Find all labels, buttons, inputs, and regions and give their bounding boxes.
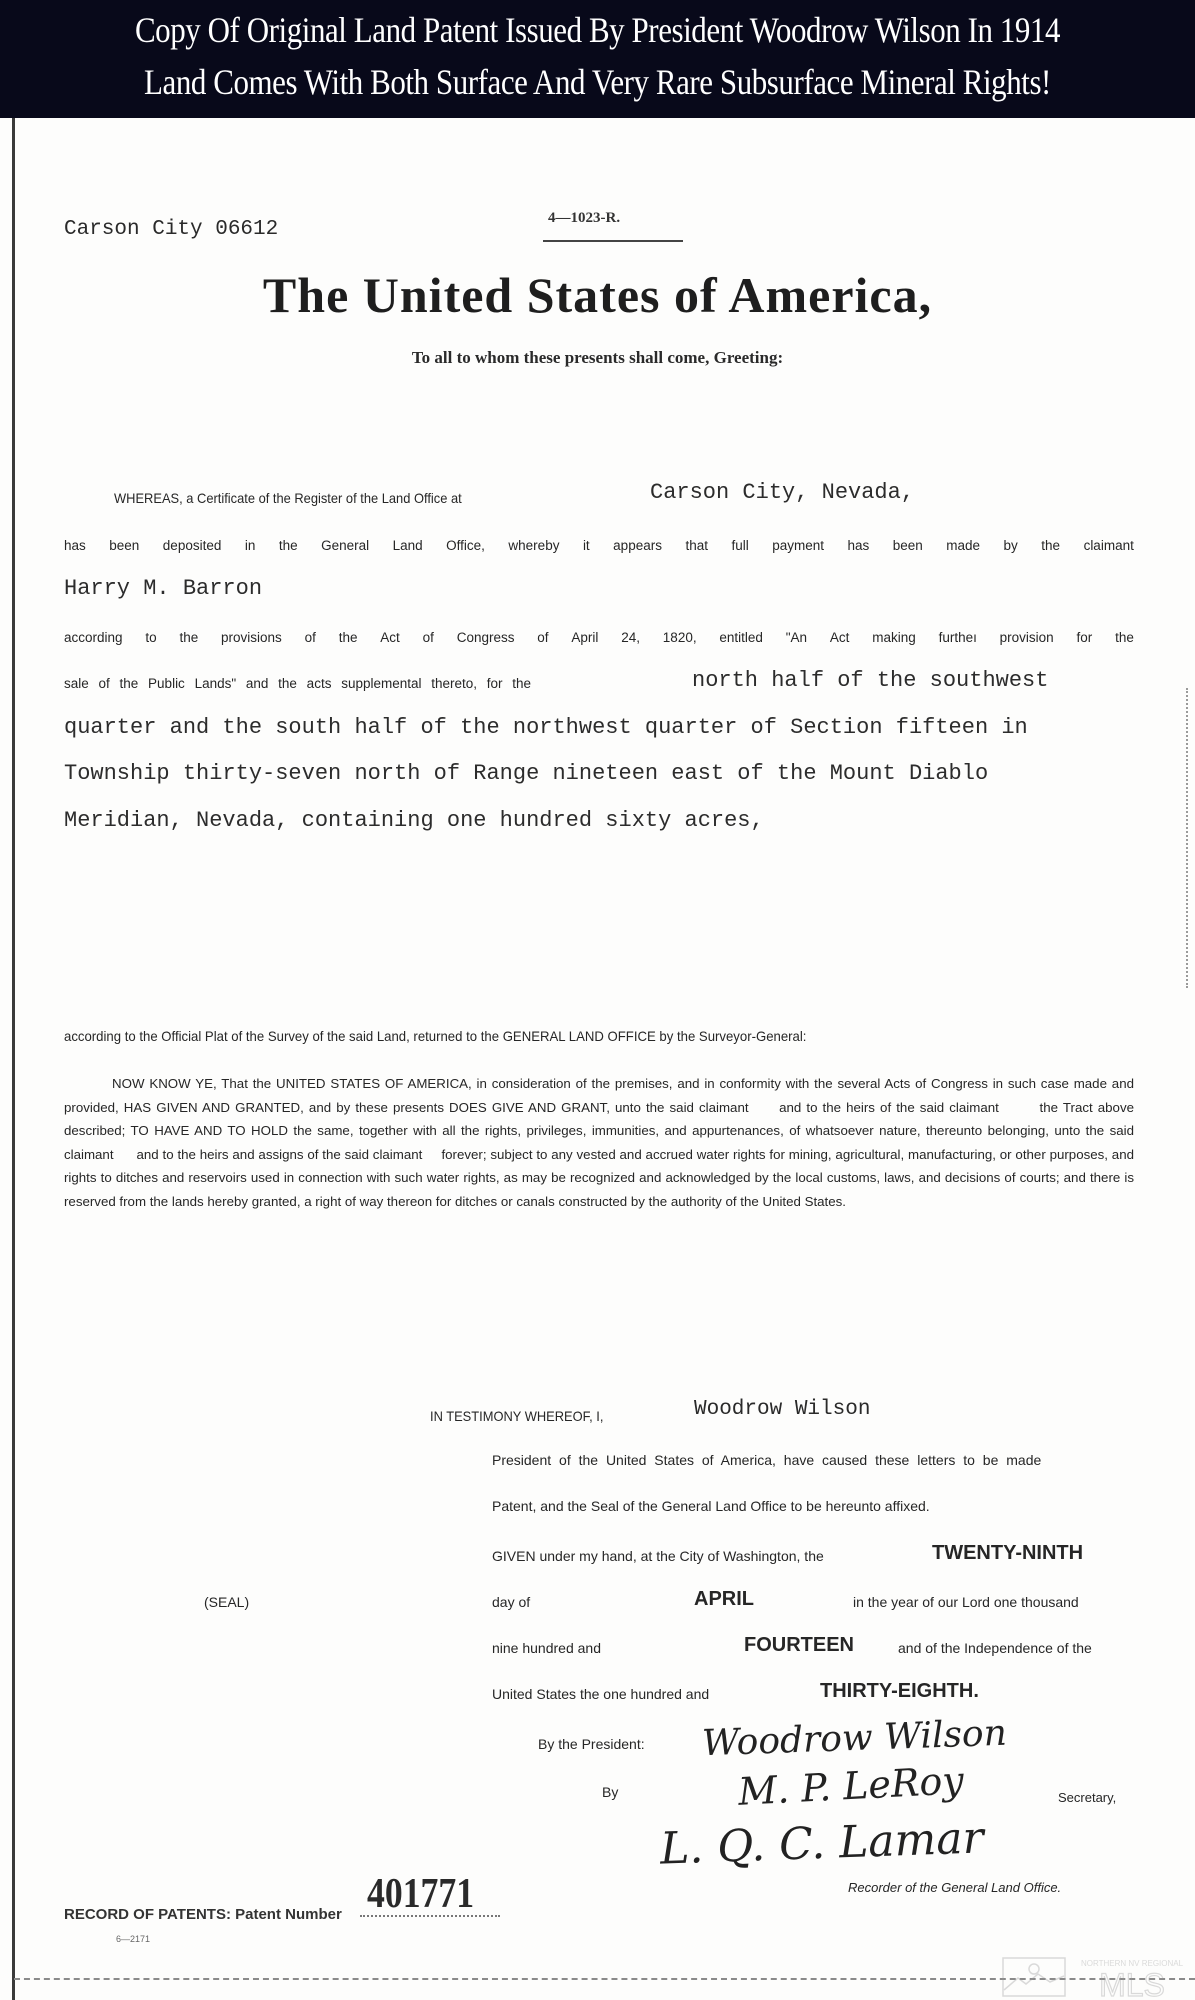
word: Land (393, 538, 423, 553)
recorder-label: Recorder of the General Land Office. (848, 1880, 1061, 1895)
word: 1820, (663, 630, 697, 645)
mountain-logo-icon: NORTHERN NV REGIONAL MLS (1002, 1956, 1194, 1998)
given-year: FOURTEEN (744, 1634, 854, 1657)
grant-paragraph: NOW KNOW YE, That the UNITED STATES OF A… (64, 1072, 1134, 1213)
word: payment (772, 538, 824, 553)
us-lead: United States the one hundred and (492, 1686, 709, 1702)
given-day: TWENTY-NINTH (932, 1542, 1083, 1565)
word: to (145, 630, 156, 645)
tract-line-4: Meridian, Nevada, containing one hundred… (64, 808, 764, 833)
word: entitled (719, 630, 763, 645)
whereas-line-5: sale of the Public Lands" and the acts s… (64, 676, 531, 691)
form-number-rule (543, 240, 683, 242)
word: by (1004, 538, 1018, 553)
independence-lead: and of the Independence of the (898, 1640, 1092, 1656)
year-lead: in the year of our Lord one thousand (853, 1594, 1079, 1610)
word: has (847, 538, 869, 553)
claimant-name: Harry M. Barron (64, 576, 262, 601)
word: according (64, 630, 123, 645)
patent-number-underline (360, 1915, 500, 1917)
word: provisions (221, 630, 282, 645)
word: appears (613, 538, 662, 553)
word: been (893, 538, 923, 553)
word: the (1041, 538, 1060, 553)
word: furtheı (939, 630, 977, 645)
tract-line-2: quarter and the south half of the northw… (64, 715, 1028, 740)
whereas-lead: WHEREAS, a Certificate of the Register o… (114, 490, 462, 506)
word: full (731, 538, 748, 553)
secretary-label: Secretary, (1058, 1790, 1116, 1805)
tract-line-3: Township thirty-seven north of Range nin… (64, 761, 988, 786)
whereas-line-4: accordingtotheprovisionsoftheActofCongre… (64, 630, 1134, 645)
word: "An (786, 630, 807, 645)
page-edge-marks (1186, 688, 1188, 988)
by-president-label: By the President: (538, 1736, 645, 1752)
testimony-line-2: Patent, and the Seal of the General Land… (492, 1498, 930, 1514)
mls-watermark-main: MLS (1099, 1967, 1165, 1998)
word: the (279, 538, 298, 553)
recorder-signature: L. Q. C. Lamar (659, 1812, 984, 1874)
header-banner: Copy Of Original Land Patent Issued By P… (0, 0, 1195, 118)
word: the (179, 630, 198, 645)
mls-watermark: NORTHERN NV REGIONAL MLS (1002, 1956, 1194, 1998)
document-title: The United States of America, (0, 266, 1195, 324)
word: been (109, 538, 139, 553)
word: that (685, 538, 708, 553)
given-lead: GIVEN under my hand, at the City of Wash… (492, 1548, 824, 1564)
nine-hundred-label: nine hundred and (492, 1640, 601, 1656)
word: in (245, 538, 256, 553)
banner-line-2: Land Comes With Both Surface And Very Ra… (84, 60, 1112, 104)
secretary-signature: M. P. LeRoy (737, 1758, 965, 1814)
word: of (305, 630, 316, 645)
page-left-border (12, 118, 15, 2000)
word: of (423, 630, 434, 645)
word: Act (380, 630, 400, 645)
form-number: 4—1023-R. (548, 210, 620, 227)
patent-number: 401771 (367, 1870, 474, 1918)
office-reference: Carson City 06612 (64, 218, 278, 241)
land-office-name: Carson City, Nevada, (650, 480, 914, 505)
word: Congress (457, 630, 515, 645)
testimony-lead: IN TESTIMONY WHEREOF, I, (430, 1408, 603, 1424)
word: whereby (508, 538, 559, 553)
land-patent-document: Carson City 06612 4—1023-R. The United S… (0, 118, 1195, 2000)
word: it (583, 538, 590, 553)
word: 24, (621, 630, 640, 645)
document-greeting: To all to whom these presents shall come… (0, 348, 1195, 368)
word: making (872, 630, 916, 645)
banner-line-1: Copy Of Original Land Patent Issued By P… (84, 8, 1112, 52)
whereas-line-2: hasbeendepositedintheGeneralLandOffice,w… (64, 538, 1134, 553)
word: General (321, 538, 369, 553)
record-label: RECORD OF PATENTS: Patent Number (64, 1906, 342, 1923)
word: Office, (446, 538, 485, 553)
word: Act (830, 630, 850, 645)
form-code: 6—2171 (116, 1934, 150, 1944)
seal-label: (SEAL) (204, 1594, 249, 1610)
word: made (946, 538, 980, 553)
word: provision (1000, 630, 1054, 645)
testimony-line-1: President of the United States of Americ… (492, 1452, 1041, 1468)
word: deposited (163, 538, 222, 553)
word: for (1077, 630, 1093, 645)
word: the (1115, 630, 1134, 645)
grant-text: NOW KNOW YE, That the UNITED STATES OF A… (64, 1076, 1134, 1209)
by-label: By (602, 1784, 618, 1800)
tract-line-1: north half of the southwest (692, 668, 1048, 693)
word: of (537, 630, 548, 645)
word: claimant (1084, 538, 1134, 553)
president-typed-name: Woodrow Wilson (694, 1398, 870, 1421)
word: the (339, 630, 358, 645)
plat-line: according to the Official Plat of the Su… (64, 1028, 806, 1044)
independence-year: THIRTY-EIGHTH. (820, 1680, 979, 1703)
given-month: APRIL (694, 1588, 754, 1611)
word: has (64, 538, 86, 553)
day-of-label: day of (492, 1594, 530, 1610)
word: April (571, 630, 598, 645)
president-signature: Woodrow Wilson (701, 1713, 1007, 1765)
